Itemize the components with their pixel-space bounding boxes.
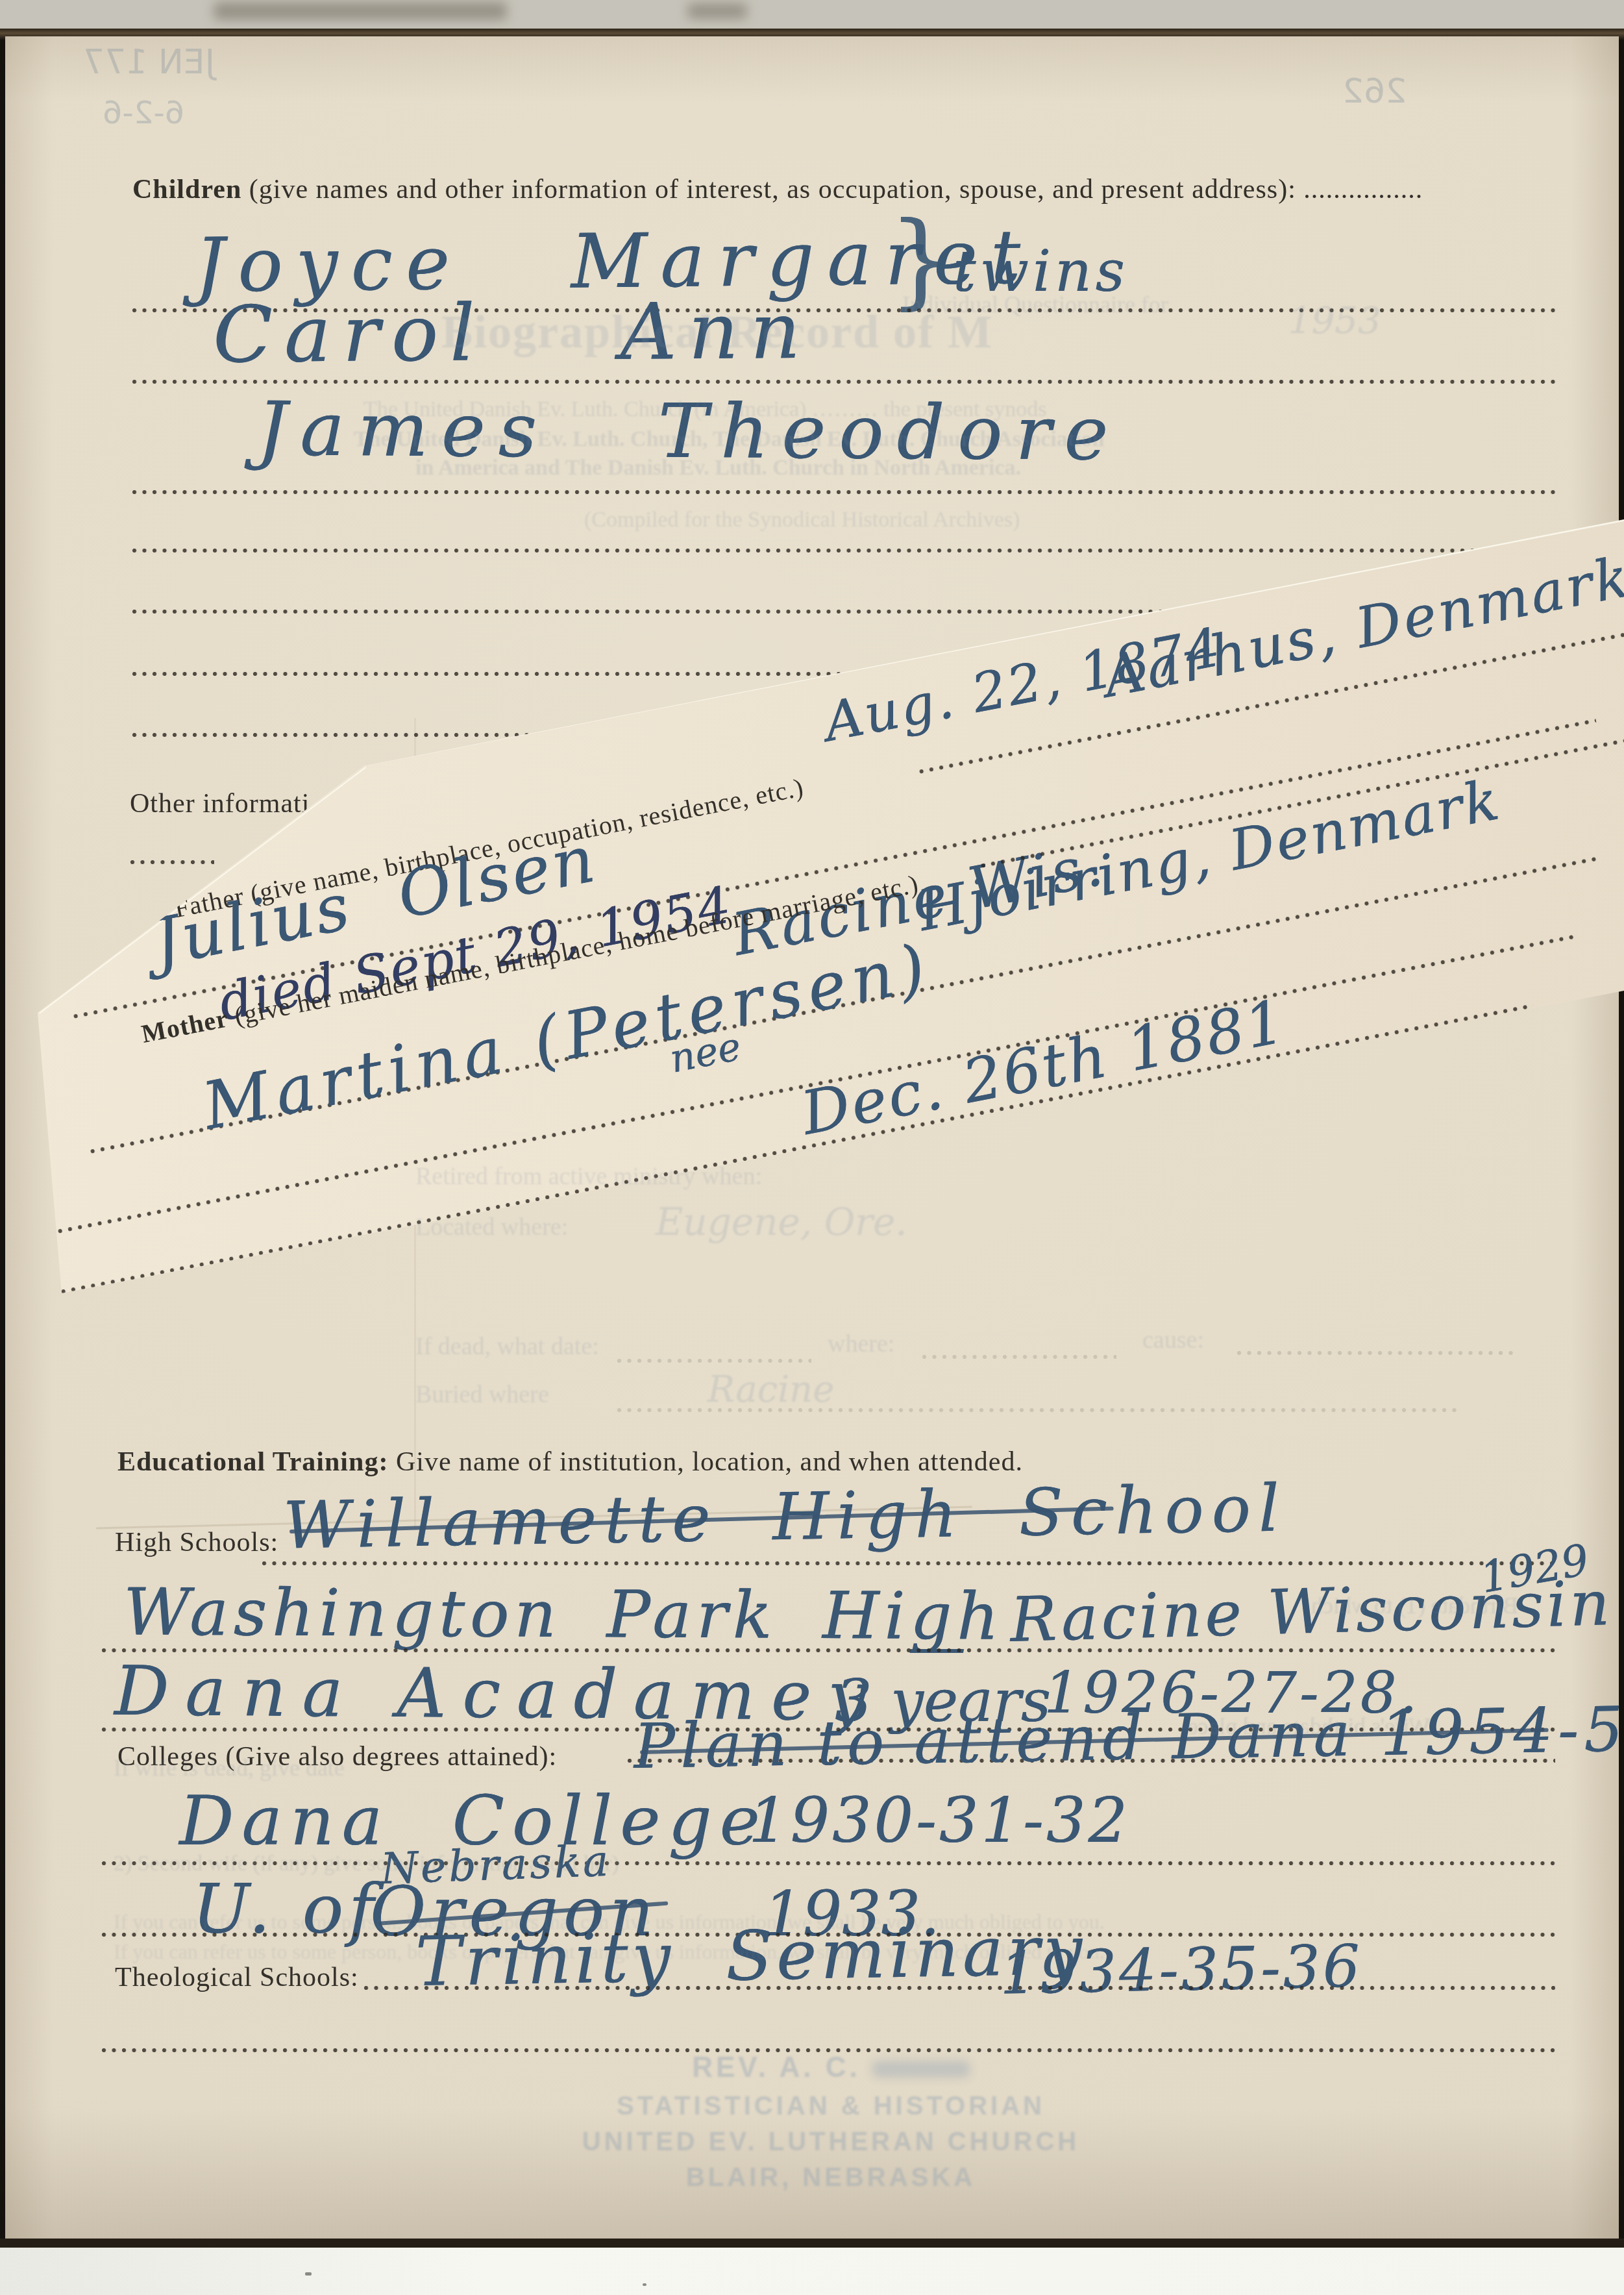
college-1-dates: 1930-31-32: [748, 1785, 1130, 1857]
education-header: Educational Training: Give name of insti…: [117, 1446, 1023, 1478]
dotted-line: [363, 1985, 1555, 1991]
child-name-2: Carol Ann: [213, 286, 813, 380]
dotted-line-fragment: [130, 860, 214, 865]
high-school-2: Washington Park High: [123, 1574, 1004, 1654]
education-header-instructions: Give name of institution, location, and …: [388, 1447, 1023, 1477]
colleges-label: Colleges (Give also degrees attained):: [117, 1741, 557, 1772]
children-header-instructions: (give names and other information of int…: [241, 175, 1423, 205]
children-header: Children (give names and other informati…: [132, 174, 1423, 205]
dotted-line: [101, 1861, 1555, 1866]
dotted-line: [132, 379, 1556, 384]
dust-speck-2: [643, 2283, 646, 2286]
child-name-3: James Theodore: [257, 386, 1122, 478]
scanner-bottom-strip: [0, 2248, 1624, 2295]
dotted-line: [132, 490, 1556, 495]
mother-label-word: Mother: [139, 1003, 230, 1048]
dotted-line: [132, 548, 1556, 553]
children-header-label: Children: [132, 175, 241, 205]
stamp-line-1: REV. A. C.: [558, 2052, 1103, 2084]
high-schools-label: High Schools:: [115, 1527, 278, 1558]
pencil-note-mirrored-2: 6-2-6: [103, 95, 184, 131]
stamp-line-3: UNITED EV. LUTHERAN CHURCH: [558, 2128, 1103, 2157]
stamp-line-4: BLAIR, NEBRASKA: [558, 2163, 1103, 2192]
theological-dates: 1934-35-36: [999, 1932, 1363, 2008]
dust-speck: [305, 2272, 312, 2276]
theological-schools-label: Theological Schools:: [115, 1962, 359, 1993]
stamp-rev-name: REV. A. C.: [692, 2052, 860, 2083]
scanned-document: JEN 177 6-2-6 262 Children (give names a…: [0, 0, 1624, 2295]
stamp-showthrough: REV. A. C. STATISTICIAN & HISTORIAN UNIT…: [558, 2052, 1103, 2192]
other-information-label: Other informati: [130, 788, 310, 819]
pencil-note-mirrored-3: 262: [1342, 72, 1407, 111]
pencil-note-mirrored: JEN 177: [83, 43, 215, 82]
education-header-label: Educational Training:: [117, 1447, 388, 1477]
stamp-illegible-name: [872, 2061, 970, 2078]
top-smudge: [214, 3, 506, 19]
dotted-line: [262, 1561, 1556, 1566]
stamp-line-2: STATISTICIAN & HISTORIAN: [558, 2092, 1103, 2121]
twins-brace: }: [888, 199, 954, 320]
top-smudge-2: [688, 4, 746, 18]
twins-label: twins: [953, 238, 1129, 304]
dotted-line: [101, 1648, 1555, 1653]
scanner-top-strip: [0, 0, 1624, 29]
paper-bottom-edge: [0, 2239, 1624, 2248]
